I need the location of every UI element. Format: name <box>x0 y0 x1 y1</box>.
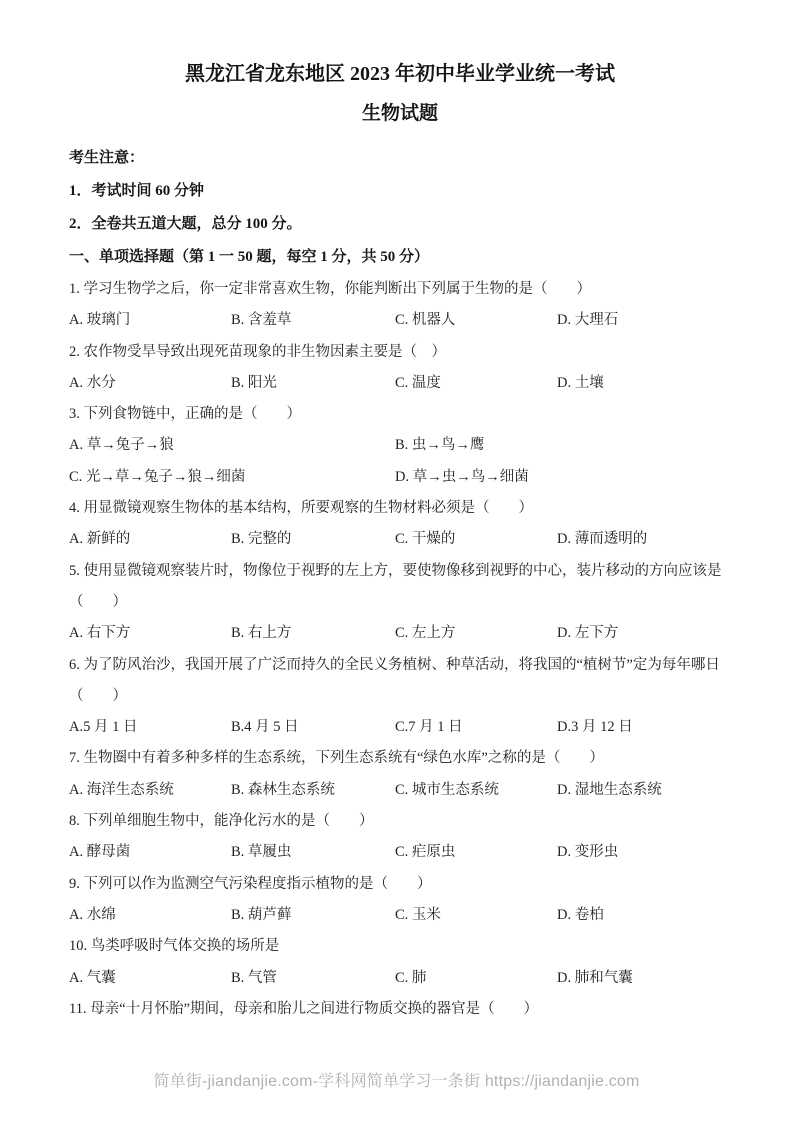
question-8-option-a: A. 酵母菌 <box>69 837 231 868</box>
question-10-option-b: B. 气管 <box>231 963 395 994</box>
question-4-option-d: D. 薄而透明的 <box>557 524 731 555</box>
question-2-option-c: C. 温度 <box>395 368 557 399</box>
question-10-option-c: C. 肺 <box>395 963 557 994</box>
question-5-answer-bracket: （ ） <box>69 587 731 618</box>
question-6-option-c: C.7 月 1 日 <box>395 712 557 743</box>
question-2-options: A. 水分 B. 阳光 C. 温度 D. 土壤 <box>69 368 731 399</box>
question-8-option-d: D. 变形虫 <box>557 837 731 868</box>
question-10-option-d: D. 肺和气囊 <box>557 963 731 994</box>
question-6-answer-bracket: （ ） <box>69 681 731 712</box>
question-5-stem: 5. 使用显微镜观察装片时，物像位于视野的左上方，要使物像移到视野的中心，装片移… <box>69 556 731 587</box>
question-2-stem: 2. 农作物受旱导致出现死苗现象的非生物因素主要是（ ） <box>69 337 731 368</box>
question-3-option-c: C. 光→草→兔子→狼→细菌 <box>69 462 395 493</box>
exam-title: 黑龙江省龙东地区 2023 年初中毕业学业统一考试 <box>69 58 731 90</box>
question-3-options-row-1: A. 草→兔子→狼 B. 虫→鸟→鹰 <box>69 430 731 461</box>
question-3-option-b: B. 虫→鸟→鹰 <box>395 430 731 461</box>
question-6-option-b: B.4 月 5 日 <box>231 712 395 743</box>
question-9-stem: 9. 下列可以作为监测空气污染程度指示植物的是（ ） <box>69 869 731 900</box>
question-11-stem: 11. 母亲“十月怀胎”期间，母亲和胎儿之间进行物质交换的器官是（ ） <box>69 994 731 1025</box>
question-7-option-c: C. 城市生态系统 <box>395 775 557 806</box>
question-4-option-a: A. 新鲜的 <box>69 524 231 555</box>
question-5-option-b: B. 右上方 <box>231 618 395 649</box>
question-10-stem: 10. 鸟类呼吸时气体交换的场所是 <box>69 931 731 962</box>
question-7-options: A. 海洋生态系统 B. 森林生态系统 C. 城市生态系统 D. 湿地生态系统 <box>69 775 731 806</box>
question-3-options-row-2: C. 光→草→兔子→狼→细菌 D. 草→虫→鸟→细菌 <box>69 462 731 493</box>
question-9-options: A. 水绵 B. 葫芦藓 C. 玉米 D. 卷柏 <box>69 900 731 931</box>
watermark-footer: 简单街-jiandanjie.com-学科网简单学习一条街 https://ji… <box>0 1068 793 1091</box>
section-heading: 一、单项选择题（第 1 一 50 题，每空 1 分，共 50 分） <box>69 241 731 274</box>
question-3-option-a: A. 草→兔子→狼 <box>69 430 395 461</box>
question-3-stem: 3. 下列食物链中，正确的是（ ） <box>69 399 731 430</box>
question-8-options: A. 酵母菌 B. 草履虫 C. 疟原虫 D. 变形虫 <box>69 837 731 868</box>
document-content: 黑龙江省龙东地区 2023 年初中毕业学业统一考试 生物试题 考生注意： 1．考… <box>69 58 731 1025</box>
question-7-option-b: B. 森林生态系统 <box>231 775 395 806</box>
question-9-option-d: D. 卷柏 <box>557 900 731 931</box>
question-5-option-d: D. 左下方 <box>557 618 731 649</box>
question-3-option-d: D. 草→虫→鸟→细菌 <box>395 462 731 493</box>
question-1-option-b: B. 含羞草 <box>231 305 395 336</box>
question-6-option-a: A.5 月 1 日 <box>69 712 231 743</box>
notice-label: 考生注意： <box>69 142 731 175</box>
question-5-option-c: C. 左上方 <box>395 618 557 649</box>
question-2-option-a: A. 水分 <box>69 368 231 399</box>
question-9-option-a: A. 水绵 <box>69 900 231 931</box>
question-1-options: A. 玻璃门 B. 含羞草 C. 机器人 D. 大理石 <box>69 305 731 336</box>
question-1-option-c: C. 机器人 <box>395 305 557 336</box>
question-4-option-b: B. 完整的 <box>231 524 395 555</box>
question-8-stem: 8. 下列单细胞生物中，能净化污水的是（ ） <box>69 806 731 837</box>
question-8-option-c: C. 疟原虫 <box>395 837 557 868</box>
question-6-options: A.5 月 1 日 B.4 月 5 日 C.7 月 1 日 D.3 月 12 日 <box>69 712 731 743</box>
question-6-stem: 6. 为了防风治沙，我国开展了广泛而持久的全民义务植树、种草活动，将我国的“植树… <box>69 650 731 681</box>
notice-item-2: 2．全卷共五道大题，总分 100 分。 <box>69 208 731 241</box>
question-2-option-d: D. 土壤 <box>557 368 731 399</box>
question-4-options: A. 新鲜的 B. 完整的 C. 干燥的 D. 薄而透明的 <box>69 524 731 555</box>
question-7-option-d: D. 湿地生态系统 <box>557 775 731 806</box>
question-1-option-a: A. 玻璃门 <box>69 305 231 336</box>
question-9-option-b: B. 葫芦藓 <box>231 900 395 931</box>
exam-subtitle: 生物试题 <box>69 99 731 129</box>
notice-item-1: 1．考试时间 60 分钟 <box>69 175 731 208</box>
question-1-option-d: D. 大理石 <box>557 305 731 336</box>
question-10-option-a: A. 气囊 <box>69 963 231 994</box>
question-7-stem: 7. 生物圈中有着多种多样的生态系统，下列生态系统有“绿色水库”之称的是（ ） <box>69 743 731 774</box>
question-7-option-a: A. 海洋生态系统 <box>69 775 231 806</box>
exam-paper-page: 黑龙江省龙东地区 2023 年初中毕业学业统一考试 生物试题 考生注意： 1．考… <box>0 0 793 1122</box>
question-1-stem: 1. 学习生物学之后，你一定非常喜欢生物，你能判断出下列属于生物的是（ ） <box>69 274 731 305</box>
question-5-option-a: A. 右下方 <box>69 618 231 649</box>
question-9-option-c: C. 玉米 <box>395 900 557 931</box>
question-6-option-d: D.3 月 12 日 <box>557 712 731 743</box>
question-4-option-c: C. 干燥的 <box>395 524 557 555</box>
question-8-option-b: B. 草履虫 <box>231 837 395 868</box>
question-10-options: A. 气囊 B. 气管 C. 肺 D. 肺和气囊 <box>69 963 731 994</box>
question-5-options: A. 右下方 B. 右上方 C. 左上方 D. 左下方 <box>69 618 731 649</box>
question-4-stem: 4. 用显微镜观察生物体的基本结构，所要观察的生物材料必须是（ ） <box>69 493 731 524</box>
question-2-option-b: B. 阳光 <box>231 368 395 399</box>
